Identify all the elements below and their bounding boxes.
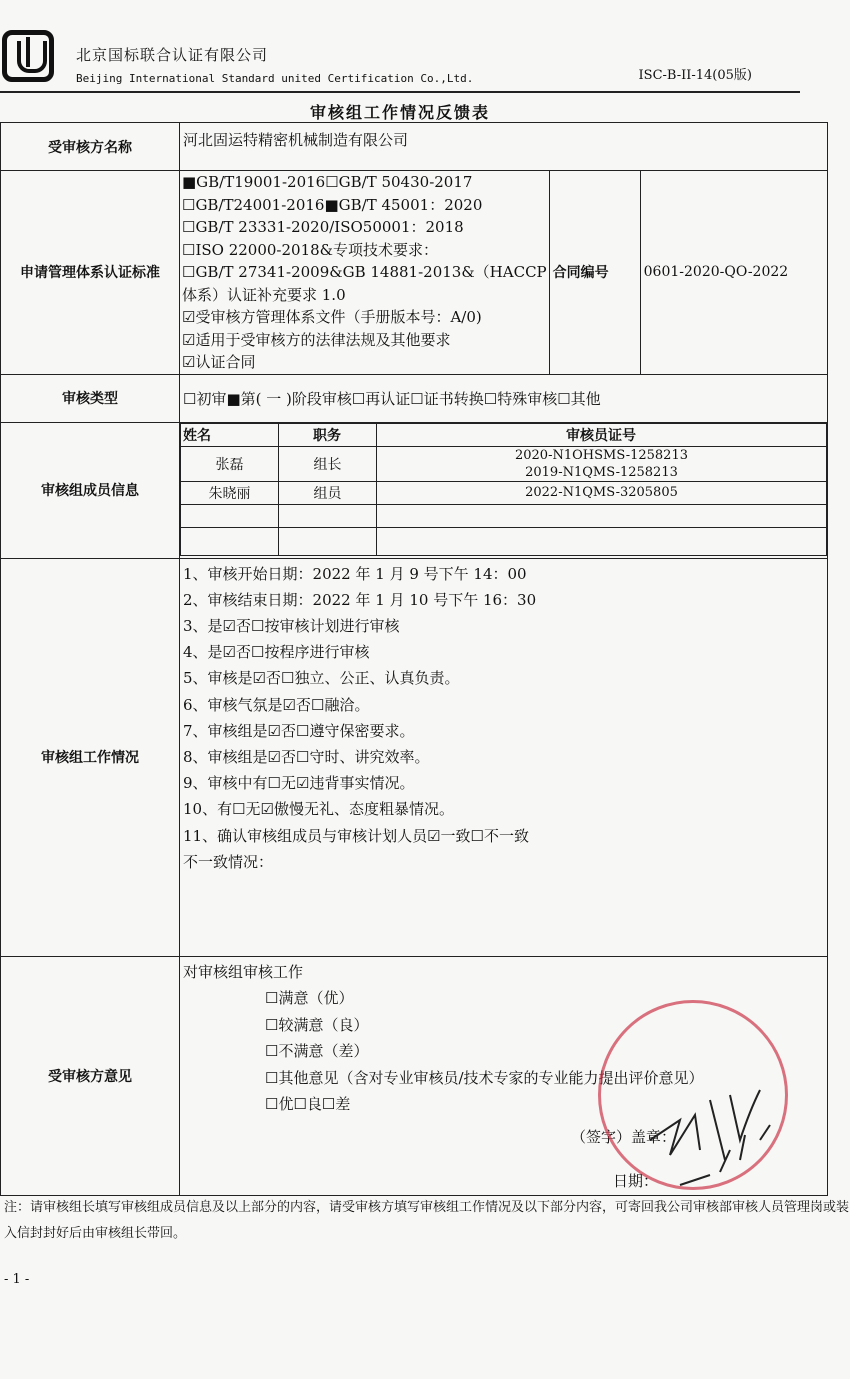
work-item: 9、审核中有☐无☑违背事实情况。 — [183, 770, 824, 796]
footer-note: 注：请审核组长填写审核组成员信息及以上部分的内容，请受审核方填写审核组工作情况及… — [4, 1195, 850, 1247]
standards-row: 申请管理体系认证标准 ■GB/T19001-2016☐GB/T 50430-20… — [1, 171, 828, 375]
team-row: 审核组成员信息 姓名 职务 审核员证号 张磊 组长 2020-N1OHSMS-1… — [1, 422, 828, 558]
standards-list: ■GB/T19001-2016☐GB/T 50430-2017 ☐GB/T240… — [180, 171, 550, 375]
standard-line: ■GB/T19001-2016☐GB/T 50430-2017 — [182, 171, 547, 194]
col-role-header: 职务 — [279, 423, 377, 446]
work-item: 2、审核结束日期：2022 年 1 月 10 号下午 16：30 — [183, 587, 824, 613]
auditee-label: 受审核方名称 — [1, 123, 180, 171]
standard-line: ☑受审核方管理体系文件（手册版本号：A/0) — [182, 306, 547, 329]
member-cert: 2022-N1QMS-3205805 — [377, 481, 827, 504]
audit-type-value: ☐初审■第( 一 )阶段审核☐再认证☐证书转换☐特殊审核☐其他 — [180, 374, 828, 422]
table-row: 朱晓丽 组员 2022-N1QMS-3205805 — [181, 481, 827, 504]
standard-line: ☑适用于受审核方的法律法规及其他要求 — [182, 329, 547, 352]
member-role: 组长 — [279, 446, 377, 481]
team-label: 审核组成员信息 — [1, 422, 180, 558]
auditee-row: 受审核方名称 河北固运特精密机械制造有限公司 — [1, 123, 828, 171]
form-number: ISC-B-II-14(05版) — [639, 64, 752, 83]
page-title: 审核组工作情况反馈表 — [0, 100, 800, 123]
table-row — [181, 504, 827, 527]
work-item: 11、确认审核组成员与审核计划人员☑一致☐不一致 — [183, 823, 824, 849]
table-row — [181, 527, 827, 555]
member-role: 组员 — [279, 481, 377, 504]
page-number: - 1 - — [4, 1272, 29, 1287]
work-label: 审核组工作情况 — [1, 558, 180, 956]
member-name: 朱晓丽 — [181, 481, 279, 504]
audit-type-label: 审核类型 — [1, 374, 180, 422]
team-table: 姓名 职务 审核员证号 张磊 组长 2020-N1OHSMS-1258213 2… — [180, 423, 827, 556]
member-name: 张磊 — [181, 446, 279, 481]
standard-line: 体系）认证补充要求 1.0 — [182, 284, 547, 307]
contract-label: 合同编号 — [549, 171, 640, 375]
work-item: 7、审核组是☑否☐遵守保密要求。 — [183, 718, 824, 744]
company-logo — [2, 30, 54, 82]
standards-label: 申请管理体系认证标准 — [1, 171, 180, 375]
work-item: 不一致情况： — [183, 849, 824, 875]
table-row: 张磊 组长 2020-N1OHSMS-1258213 2019-N1QMS-12… — [181, 446, 827, 481]
work-item: 4、是☑否☐按程序进行审核 — [183, 639, 824, 665]
member-cert: 2020-N1OHSMS-1258213 — [380, 447, 823, 464]
header-divider — [0, 91, 800, 93]
work-item: 3、是☑否☐按审核计划进行审核 — [183, 613, 824, 639]
work-item: 8、审核组是☑否☐守时、讲究效率。 — [183, 744, 824, 770]
work-list: 1、审核开始日期：2022 年 1 月 9 号下午 14：00 2、审核结束日期… — [180, 558, 828, 956]
handwritten-signature-icon — [640, 1080, 790, 1190]
member-cert: 2019-N1QMS-1258213 — [380, 464, 823, 481]
col-name-header: 姓名 — [181, 423, 279, 446]
contract-number: 0601-2020-QO-2022 — [640, 171, 827, 375]
company-name-en: Beijing International Standard united Ce… — [76, 72, 473, 85]
work-item: 10、有☐无☑傲慢无礼、态度粗暴情况。 — [183, 796, 824, 822]
work-item: 6、审核气氛是☑否☐融洽。 — [183, 692, 824, 718]
standard-line: ☐ISO 22000-2018&专项技术要求： — [182, 239, 547, 262]
standard-line: ☐GB/T 27341-2009&GB 14881-2013&（HACCP — [182, 261, 547, 284]
col-cert-header: 审核员证号 — [377, 423, 827, 446]
standard-line: ☐GB/T 23331-2020/ISO50001：2018 — [182, 216, 547, 239]
company-name-cn: 北京国标联合认证有限公司 — [76, 44, 268, 65]
work-item: 1、审核开始日期：2022 年 1 月 9 号下午 14：00 — [183, 561, 824, 587]
audit-type-row: 审核类型 ☐初审■第( 一 )阶段审核☐再认证☐证书转换☐特殊审核☐其他 — [1, 374, 828, 422]
auditee-value: 河北固运特精密机械制造有限公司 — [180, 123, 828, 171]
opinion-intro: 对审核组审核工作 — [183, 959, 824, 986]
opinion-label: 受审核方意见 — [1, 956, 180, 1195]
work-row: 审核组工作情况 1、审核开始日期：2022 年 1 月 9 号下午 14：00 … — [1, 558, 828, 956]
standard-line: ☑认证合同 — [182, 351, 547, 374]
work-item: 5、审核是☑否☐独立、公正、认真负责。 — [183, 665, 824, 691]
standard-line: ☐GB/T24001-2016■GB/T 45001：2020 — [182, 194, 547, 217]
